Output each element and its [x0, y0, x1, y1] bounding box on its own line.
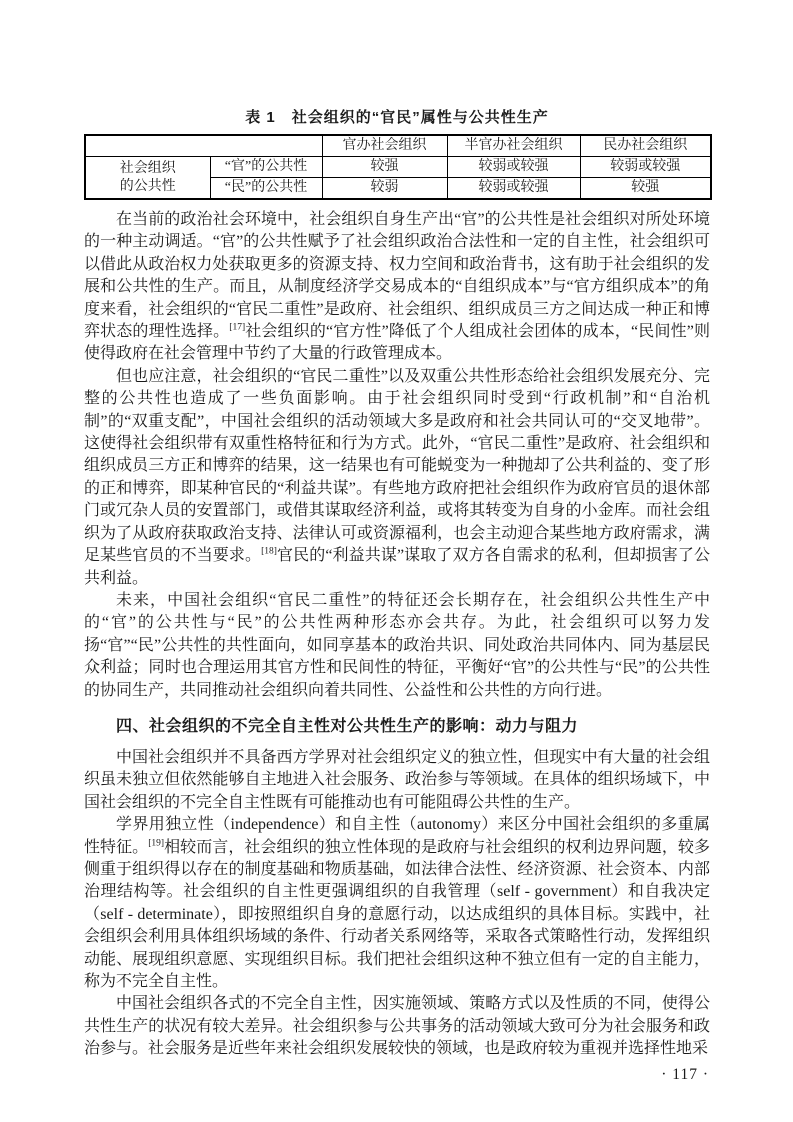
paragraph-2: 但也应注意，社会组织的“官民二重性”以及双重公共性形态给社会组织发展充分、完整的…	[84, 366, 710, 590]
footnote-ref-17: [17]	[229, 323, 245, 333]
page-number: · 117 ·	[84, 1066, 710, 1084]
paragraph-5: 学界用独立性（independence）和自主性（autonomy）来区分中国社…	[84, 814, 710, 993]
column-header-semi-official: 半官办社会组织	[447, 135, 580, 157]
paragraph-6: 中国社会组织各式的不完全自主性，因实施领域、策略方式以及性质的不同，使得公共性生…	[84, 993, 710, 1060]
paragraph-text: 但也应注意，社会组织的“官民二重性”以及双重公共性形态给社会组织发展充分、完整的…	[84, 368, 710, 564]
column-header-official: 官办社会组织	[322, 135, 447, 157]
table-cell: 较弱或较强	[447, 157, 580, 178]
table-cell: 较弱或较强	[580, 157, 711, 178]
row-label-guan: “官”的公共性	[210, 157, 322, 178]
table-cell: 较强	[322, 157, 447, 178]
table-row: 社会组织 的公共性 “官”的公共性 较强 较弱或较强 较弱或较强	[85, 157, 711, 178]
document-page: 表 1 社会组织的“官民”属性与公共性生产 官办社会组织 半官办社会组织 民办社…	[0, 0, 793, 1122]
paragraph-text: 相较而言，社会组织的独立性体现的是政府与社会组织的权利边界问题，较多侧重于组织得…	[84, 839, 710, 990]
table-cell: 较弱	[322, 178, 447, 200]
table-header-row: 官办社会组织 半官办社会组织 民办社会组织	[85, 135, 711, 157]
table-cell: 较弱或较强	[447, 178, 580, 200]
officiality-publicness-table: 官办社会组织 半官办社会组织 民办社会组织 社会组织 的公共性 “官”的公共性 …	[84, 134, 712, 200]
table-cell: 较强	[580, 178, 711, 200]
row-group-label-line2: 的公共性	[88, 178, 208, 196]
row-group-label-line1: 社会组织	[88, 160, 208, 178]
section-heading-4: 四、社会组织的不完全自主性对公共性生产的影响：动力与阻力	[84, 713, 710, 736]
table-title: 表 1 社会组织的“官民”属性与公共性生产	[84, 106, 710, 127]
paragraph-4: 中国社会组织并不具备西方学界对社会组织定义的独立性，但现实中有大量的社会组织虽未…	[84, 747, 710, 814]
paragraph-text: 中国社会组织各式的不完全自主性，因实施领域、策略方式以及性质的不同，使得公共性生…	[84, 995, 710, 1057]
paragraph-text: 未来，中国社会组织“官民二重性”的特征还会长期存在，社会组织公共性生产中的“官”…	[84, 592, 710, 699]
paragraph-text: 中国社会组织并不具备西方学界对社会组织定义的独立性，但现实中有大量的社会组织虽未…	[84, 749, 710, 811]
row-group-label: 社会组织 的公共性	[85, 157, 210, 200]
paragraph-3: 未来，中国社会组织“官民二重性”的特征还会长期存在，社会组织公共性生产中的“官”…	[84, 590, 710, 702]
footnote-ref-18: [18]	[261, 547, 277, 557]
table-corner-cell	[85, 135, 322, 157]
row-label-min: “民”的公共性	[210, 178, 322, 200]
page-content: 表 1 社会组织的“官民”属性与公共性生产 官办社会组织 半官办社会组织 民办社…	[84, 106, 710, 1084]
paragraph-1: 在当前的政治社会环境中，社会组织自身生产出“官”的公共性是社会组织对所处环境的一…	[84, 209, 710, 366]
column-header-private: 民办社会组织	[580, 135, 711, 157]
footnote-ref-19: [19]	[148, 838, 164, 848]
paragraph-text: 在当前的政治社会环境中，社会组织自身生产出“官”的公共性是社会组织对所处环境的一…	[84, 211, 710, 340]
